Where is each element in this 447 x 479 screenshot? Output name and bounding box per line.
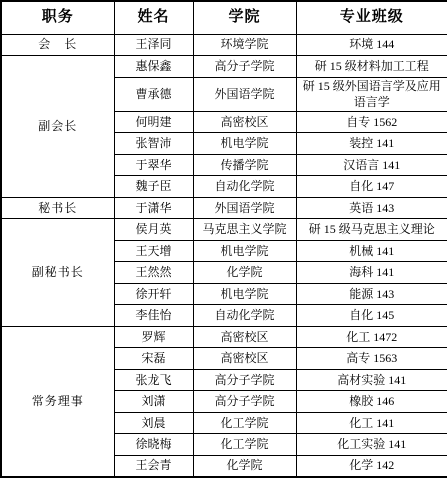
major-cell: 橡胶 146 (296, 391, 447, 413)
college-cell: 高分子学院 (193, 391, 296, 413)
name-cell: 魏子臣 (114, 176, 193, 198)
name-cell: 刘潇 (114, 391, 193, 413)
major-cell: 环境 144 (296, 34, 447, 56)
name-cell: 何明建 (114, 111, 193, 133)
name-cell: 罗辉 (114, 326, 193, 348)
table-row: 副秘书长侯月英马克思主义学院研 15 级马克思主义理论 (1, 219, 447, 241)
college-cell: 高分子学院 (193, 56, 296, 78)
college-cell: 机电学院 (193, 240, 296, 262)
major-cell: 高材实验 141 (296, 369, 447, 391)
college-cell: 马克思主义学院 (193, 219, 296, 241)
name-cell: 惠保鑫 (114, 56, 193, 78)
major-cell: 高专 1563 (296, 348, 447, 370)
table-body: 会 长王泽同环境学院环境 144副会长惠保鑫高分子学院研 15 级材料加工工程曹… (1, 34, 447, 477)
college-cell: 高分子学院 (193, 369, 296, 391)
name-cell: 宋磊 (114, 348, 193, 370)
table-row: 会 长王泽同环境学院环境 144 (1, 34, 447, 56)
major-cell: 化工实验 141 (296, 434, 447, 456)
header-row: 职务 姓名 学院 专业班级 (1, 1, 447, 34)
column-header-name: 姓名 (114, 1, 193, 34)
name-cell: 于翠华 (114, 154, 193, 176)
name-cell: 李佳怡 (114, 305, 193, 327)
major-cell: 机械 141 (296, 240, 447, 262)
major-cell: 装控 141 (296, 133, 447, 155)
position-cell: 副秘书长 (1, 219, 114, 327)
name-cell: 于潇华 (114, 197, 193, 219)
major-cell: 研 15 级材料加工工程 (296, 56, 447, 78)
roster-table: 职务 姓名 学院 专业班级 会 长王泽同环境学院环境 144副会长惠保鑫高分子学… (0, 0, 447, 478)
name-cell: 徐开轩 (114, 283, 193, 305)
college-cell: 传播学院 (193, 154, 296, 176)
college-cell: 自动化学院 (193, 305, 296, 327)
major-cell: 汉语言 141 (296, 154, 447, 176)
major-cell: 自化 147 (296, 176, 447, 198)
major-cell: 海科 141 (296, 262, 447, 284)
major-cell: 英语 143 (296, 197, 447, 219)
column-header-college: 学院 (193, 1, 296, 34)
name-cell: 侯月英 (114, 219, 193, 241)
name-cell: 张龙飞 (114, 369, 193, 391)
college-cell: 化工学院 (193, 412, 296, 434)
college-cell: 自动化学院 (193, 176, 296, 198)
college-cell: 环境学院 (193, 34, 296, 56)
name-cell: 王会青 (114, 455, 193, 477)
college-cell: 化学院 (193, 455, 296, 477)
position-cell: 会 长 (1, 34, 114, 56)
college-cell: 化学院 (193, 262, 296, 284)
major-cell: 研 15 级马克思主义理论 (296, 219, 447, 241)
college-cell: 化工学院 (193, 434, 296, 456)
major-cell: 研 15 级外国语言学及应用语言学 (296, 77, 447, 111)
table-row: 常务理事罗辉高密校区化工 1472 (1, 326, 447, 348)
name-cell: 刘晨 (114, 412, 193, 434)
name-cell: 王然然 (114, 262, 193, 284)
major-cell: 自专 1562 (296, 111, 447, 133)
position-cell: 秘书长 (1, 197, 114, 219)
position-cell: 副会长 (1, 56, 114, 198)
college-cell: 外国语学院 (193, 197, 296, 219)
college-cell: 机电学院 (193, 283, 296, 305)
major-cell: 化工 141 (296, 412, 447, 434)
column-header-position: 职务 (1, 1, 114, 34)
name-cell: 徐晓梅 (114, 434, 193, 456)
column-header-major: 专业班级 (296, 1, 447, 34)
college-cell: 高密校区 (193, 348, 296, 370)
college-cell: 外国语学院 (193, 77, 296, 111)
major-cell: 化学 142 (296, 455, 447, 477)
position-cell: 常务理事 (1, 326, 114, 477)
college-cell: 高密校区 (193, 326, 296, 348)
college-cell: 机电学院 (193, 133, 296, 155)
name-cell: 曹承德 (114, 77, 193, 111)
table-header: 职务 姓名 学院 专业班级 (1, 1, 447, 34)
document-page: 职务 姓名 学院 专业班级 会 长王泽同环境学院环境 144副会长惠保鑫高分子学… (0, 0, 447, 479)
major-cell: 自化 145 (296, 305, 447, 327)
table-row: 副会长惠保鑫高分子学院研 15 级材料加工工程 (1, 56, 447, 78)
college-cell: 高密校区 (193, 111, 296, 133)
table-row: 秘书长于潇华外国语学院英语 143 (1, 197, 447, 219)
major-cell: 化工 1472 (296, 326, 447, 348)
major-cell: 能源 143 (296, 283, 447, 305)
name-cell: 王天增 (114, 240, 193, 262)
name-cell: 王泽同 (114, 34, 193, 56)
name-cell: 张智沛 (114, 133, 193, 155)
